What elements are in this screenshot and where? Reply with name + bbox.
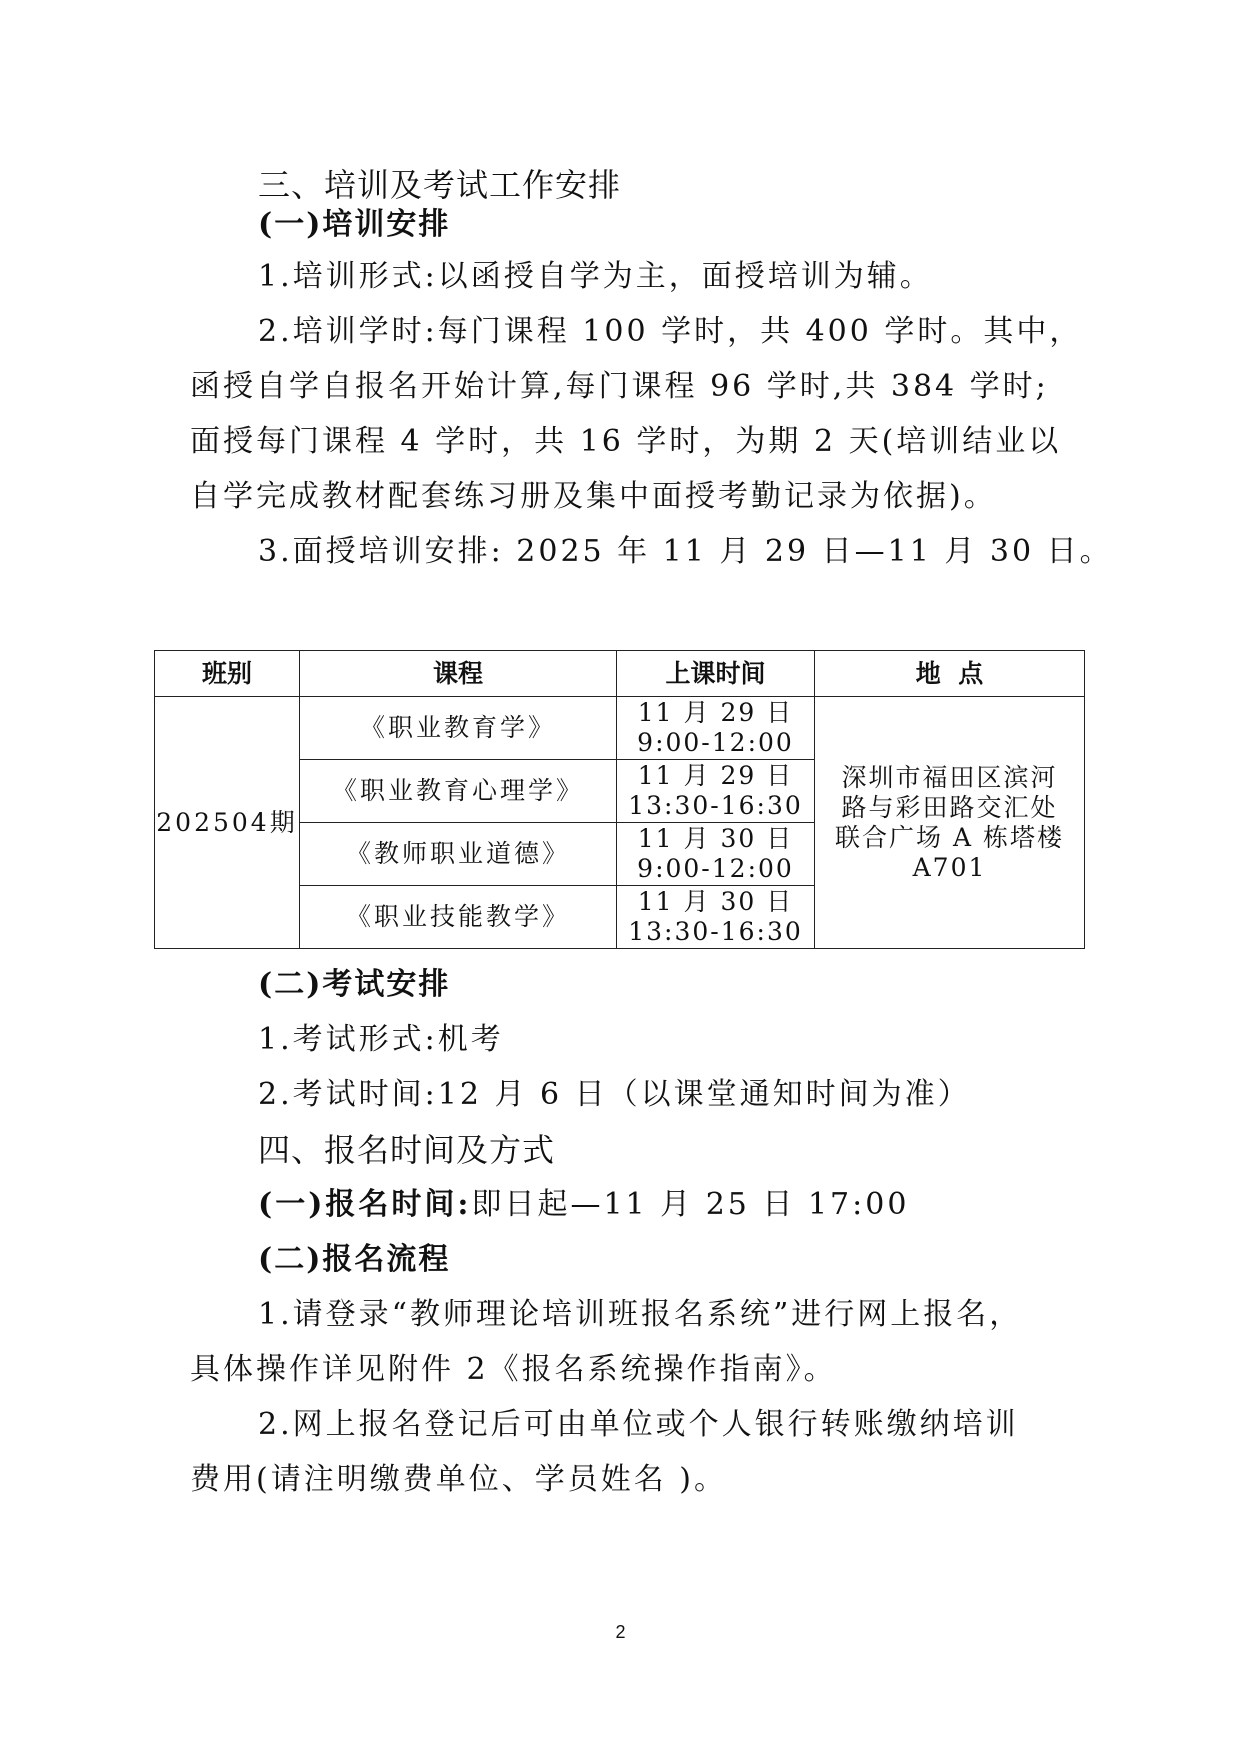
registration-time-value: 即日起—11 月 25 日 17:00 [471, 1187, 909, 1222]
document-page: 三、培训及考试工作安排 (一)培训安排 1.培训形式:以函授自学为主，面授培训为… [0, 0, 1241, 1754]
time-text: 13:30-16:30 [617, 791, 814, 821]
date-text: 11 月 29 日 [617, 698, 814, 728]
training-hours-line-1: 2.培训学时:每门课程 100 学时，共 400 学时。其中， [258, 312, 1082, 352]
page-number: 2 [0, 1622, 1241, 1643]
location-line: A701 [821, 853, 1078, 883]
time-cell: 11 月 30 日 13:30-16:30 [617, 886, 815, 949]
header-location: 地 点 [815, 651, 1085, 697]
time-cell: 11 月 29 日 9:00-12:00 [617, 697, 815, 760]
location-cell: 深圳市福田区滨河 路与彩田路交汇处 联合广场 A 栋塔楼 A701 [815, 697, 1085, 949]
time-cell: 11 月 29 日 13:30-16:30 [617, 760, 815, 823]
process-step-2-line-1: 2.网上报名登记后可由单位或个人银行转账缴纳培训 [258, 1405, 1019, 1445]
registration-time-label: (一)报名时间: [258, 1187, 471, 1222]
date-text: 11 月 29 日 [617, 761, 814, 791]
registration-process-heading: (二)报名流程 [258, 1240, 450, 1280]
registration-time: (一)报名时间:即日起—11 月 25 日 17:00 [258, 1185, 909, 1225]
training-heading: (一)培训安排 [258, 205, 450, 245]
table-header-row: 班别 课程 上课时间 地 点 [155, 651, 1085, 697]
section-3-title: 三、培训及考试工作安排 [258, 165, 621, 205]
date-text: 11 月 30 日 [617, 887, 814, 917]
date-text: 11 月 30 日 [617, 824, 814, 854]
location-line: 联合广场 A 栋塔楼 [821, 823, 1078, 853]
table-row: 202504期 《职业教育学》 11 月 29 日 9:00-12:00 深圳市… [155, 697, 1085, 760]
course-cell: 《职业技能教学》 [300, 886, 617, 949]
course-cell: 《职业教育学》 [300, 697, 617, 760]
course-cell: 《职业教育心理学》 [300, 760, 617, 823]
training-hours-line-2: 函授自学自报名开始计算,每门课程 96 学时,共 384 学时; [190, 367, 1049, 407]
location-line: 路与彩田路交汇处 [821, 793, 1078, 823]
process-step-1-line-2: 具体操作详见附件 2《报名系统操作指南》。 [190, 1350, 837, 1390]
process-step-2-line-2: 费用(请注明缴费单位、学员姓名 )。 [190, 1460, 727, 1500]
exam-time: 2.考试时间:12 月 6 日（以课堂通知时间为准） [258, 1075, 971, 1115]
header-course: 课程 [300, 651, 617, 697]
time-text: 13:30-16:30 [617, 917, 814, 947]
process-step-1-line-1: 1.请登录“教师理论培训班报名系统”进行网上报名， [258, 1295, 1022, 1335]
face-to-face-schedule: 3.面授培训安排: 2025 年 11 月 29 日—11 月 30 日。 [258, 532, 1113, 572]
class-cell: 202504期 [155, 697, 300, 949]
header-time: 上课时间 [617, 651, 815, 697]
location-line: 深圳市福田区滨河 [821, 763, 1078, 793]
exam-heading: (二)考试安排 [258, 965, 450, 1005]
time-text: 9:00-12:00 [617, 854, 814, 884]
time-cell: 11 月 30 日 9:00-12:00 [617, 823, 815, 886]
course-cell: 《教师职业道德》 [300, 823, 617, 886]
training-form: 1.培训形式:以函授自学为主，面授培训为辅。 [258, 257, 933, 297]
section-4-title: 四、报名时间及方式 [258, 1130, 555, 1170]
header-class: 班别 [155, 651, 300, 697]
training-hours-line-4: 自学完成教材配套练习册及集中面授考勤记录为依据)。 [190, 477, 997, 517]
schedule-table: 班别 课程 上课时间 地 点 202504期 《职业教育学》 11 月 29 日… [154, 650, 1085, 949]
training-hours-line-3: 面授每门课程 4 学时，共 16 学时，为期 2 天(培训结业以 [190, 422, 1061, 462]
exam-form: 1.考试形式:机考 [258, 1020, 504, 1060]
time-text: 9:00-12:00 [617, 728, 814, 758]
